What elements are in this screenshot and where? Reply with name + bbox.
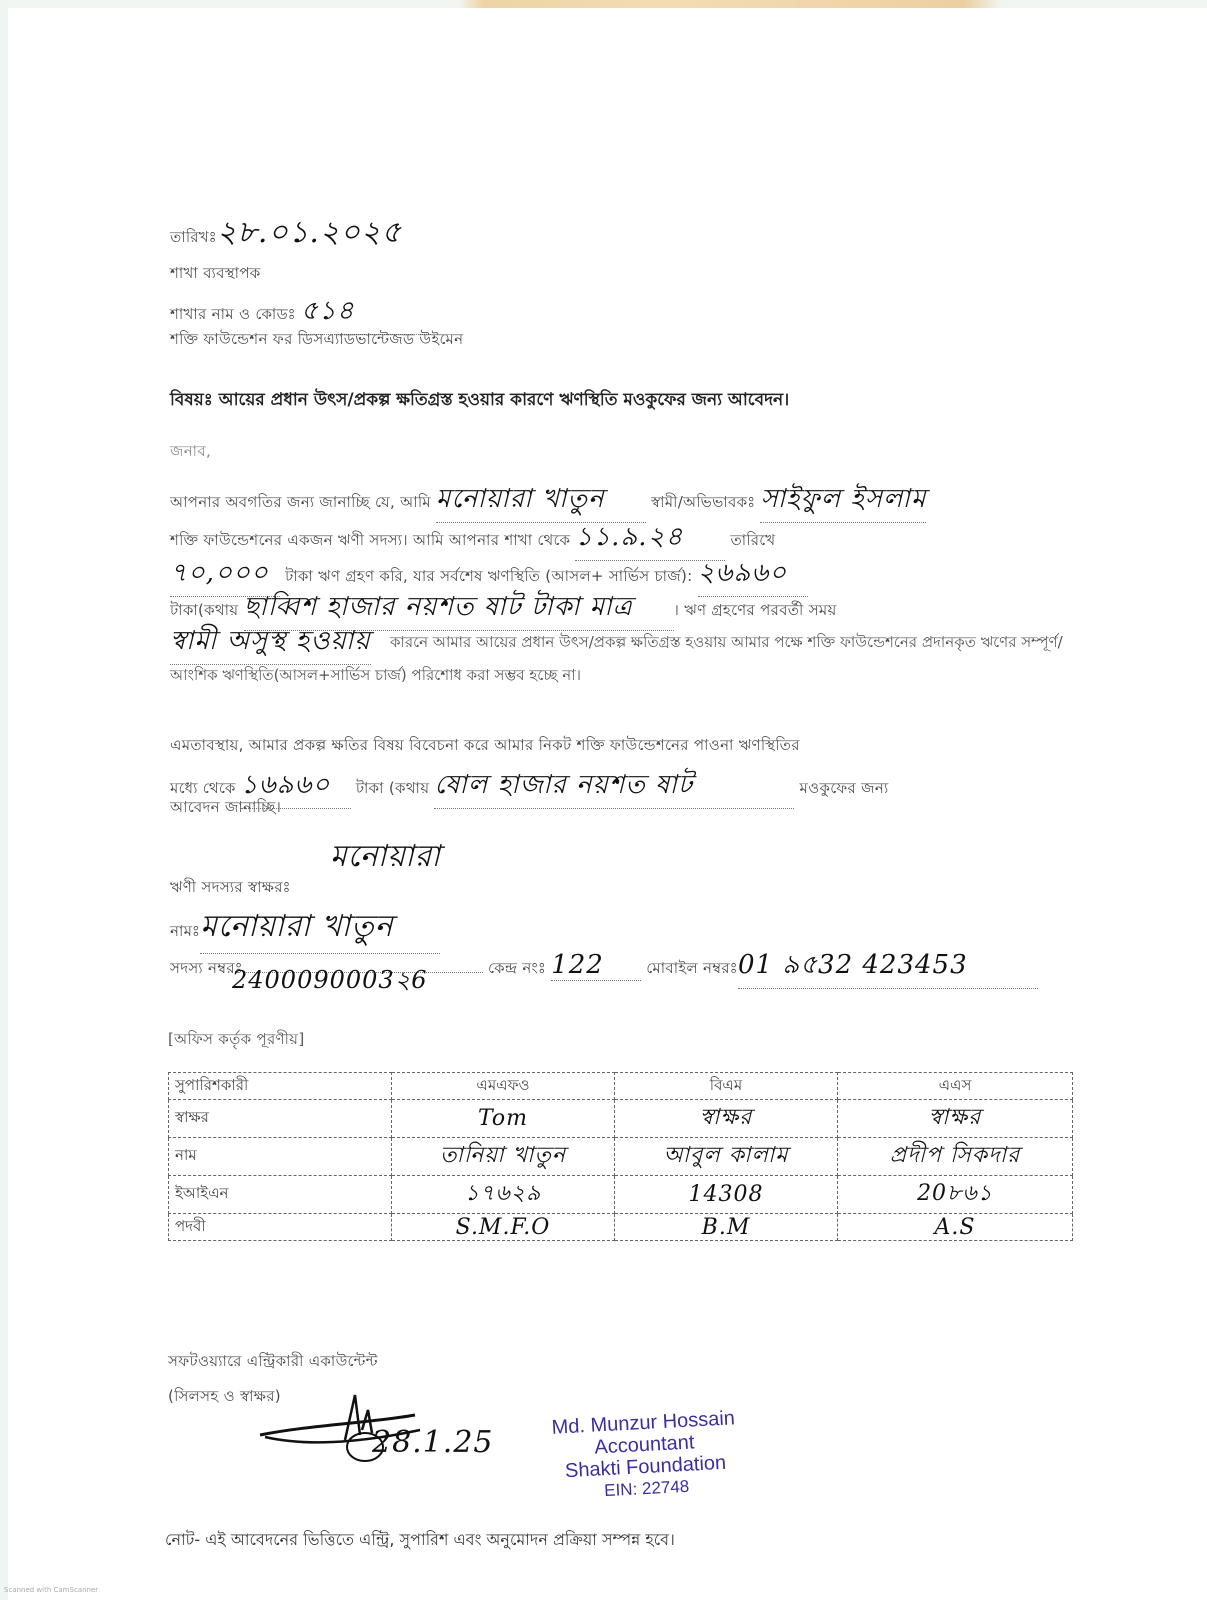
date-line: তারিখঃ২৮.০১.২০২৫ xyxy=(170,208,402,259)
bm-name: আবুল কালাম xyxy=(663,1143,788,1168)
organization-name: শক্তি ফাউন্ডেশন ফর ডিসএ্যাডভান্টেজড উইমে… xyxy=(170,328,463,353)
recipient-line: শাখা ব্যবস্থাপক xyxy=(170,262,261,287)
scan-edge-shadow xyxy=(0,0,8,1600)
table-row: নাম তানিয়া খাতুন আবুল কালাম প্রদীপ সিকদ… xyxy=(169,1138,1073,1176)
mfo-signature: Tom xyxy=(478,1106,528,1131)
signature-label: ঋণী সদস্যর স্বাক্ষরঃ xyxy=(170,876,291,901)
date-value: ২৮.০১.২০২৫ xyxy=(217,215,402,250)
p2-suffix-text: মওকুফের জন্য xyxy=(800,779,889,797)
table-header-cell: এএস xyxy=(838,1073,1073,1100)
table-header-cell: বিএম xyxy=(615,1073,838,1100)
branch-label: শাখার নাম ও কোডঃ xyxy=(170,305,296,323)
bm-ein: 14308 xyxy=(689,1182,764,1207)
mobile-label: মোবাইল নম্বরঃ xyxy=(646,959,738,977)
table-header-cell: এমএফও xyxy=(392,1073,615,1100)
table-row: ইআইএন ১৭৬২৯ 14308 20৮৬১ xyxy=(169,1176,1073,1214)
guardian-label: স্বামী/অভিভাবকঃ xyxy=(651,493,755,511)
waiver-words-field: ষোল হাজার নয়শত ষাট xyxy=(434,764,794,809)
bm-signature: স্বাক্ষর xyxy=(700,1105,753,1130)
table-header-cell: সুপারিশকারী xyxy=(169,1073,392,1100)
accountant-label: সফটওয়্যারে এন্ট্রিকারী একাউন্টেন্ট xyxy=(168,1350,378,1375)
p1-cause-text: কারনে আমার আয়ের প্রধান উৎস/প্রকল্প ক্ষত… xyxy=(170,626,1070,692)
table-header-row: সুপারিশকারী এমএফও বিএম এএস xyxy=(169,1073,1073,1100)
mfo-name: তানিয়া খাতুন xyxy=(440,1143,566,1168)
p1-loan-text: টাকা ঋণ গ্রহণ করি, যার সর্বশেষ ঋণস্থিতি … xyxy=(285,567,692,585)
p1-intro-text: আপনার অবগতির জন্য জানাচ্ছি যে, আমি xyxy=(170,493,431,511)
as-signature: স্বাক্ষর xyxy=(929,1105,982,1130)
center-label: কেন্দ্র নংঃ xyxy=(488,959,546,977)
mobile-value: 01 ৯৫32 423453 xyxy=(738,944,1038,989)
name-label: নামঃ xyxy=(170,922,200,940)
salutation: জনাব, xyxy=(170,440,211,465)
accountant-sign-date: 28.1.25 xyxy=(372,1425,494,1460)
row-label: পদবী xyxy=(169,1214,392,1241)
subject-line: বিষয়ঃ আয়ের প্রধান উৎস/প্রকল্প ক্ষতিগ্র… xyxy=(170,387,789,415)
words-label: টাকা(কথায় xyxy=(170,601,238,619)
p2-line1: এমতাবস্থায়, আমার প্রকল্প ক্ষতির বিষয় ব… xyxy=(170,734,800,759)
guardian-name-field: সাইফুল ইসলাম xyxy=(760,478,926,523)
p2-line3: আবেদন জানাচ্ছি। xyxy=(170,796,281,821)
p2-from-text: মধ্যে থেকে xyxy=(170,779,236,797)
row-label: নাম xyxy=(169,1138,392,1176)
p2-taka-text: টাকা (কথায় xyxy=(356,779,429,797)
date-label: তারিখঃ xyxy=(170,228,217,246)
footer-note: নোট- এই আবেদনের ভিত্তিতে এন্ট্রি, সুপারি… xyxy=(165,1527,675,1554)
scan-edge-strip xyxy=(0,0,1207,8)
date-suffix-text: তারিখে xyxy=(731,531,776,549)
table-row: স্বাক্ষর Tom স্বাক্ষর স্বাক্ষর xyxy=(169,1100,1073,1138)
center-value: 122 xyxy=(551,950,641,981)
table-row: পদবী S.M.F.O B.M A.S xyxy=(169,1214,1073,1241)
applicant-signature: মনোয়ারা xyxy=(330,832,441,883)
recommendation-table: সুপারিশকারী এমএফও বিএম এএস স্বাক্ষর Tom … xyxy=(168,1072,1073,1241)
office-heading: [অফিস কর্তৃক পূরণীয়] xyxy=(168,1028,304,1053)
mfo-ein: ১৭৬২৯ xyxy=(465,1181,541,1206)
bm-designation: B.M xyxy=(702,1215,751,1240)
p1-after-text: । ঋণ গ্রহণের পরবর্তী সময় xyxy=(674,601,837,619)
as-designation: A.S xyxy=(935,1215,976,1240)
accountant-stamp: Md. Munzur Hossain Accountant Shakti Fou… xyxy=(538,1407,752,1506)
member-no-value: 2400090003২6 xyxy=(232,962,428,1002)
as-ein: 20৮৬১ xyxy=(917,1181,993,1206)
row-label: ইআইএন xyxy=(169,1176,392,1214)
mfo-designation: S.M.F.O xyxy=(456,1215,551,1240)
as-name: প্রদীপ সিকদার xyxy=(890,1143,1020,1168)
p1-member-text: শক্তি ফাউন্ডেশনের একজন ঋণী সদস্য। আমি আপ… xyxy=(170,531,570,549)
scanner-watermark: Scanned with CamScanner xyxy=(4,1586,98,1594)
row-label: স্বাক্ষর xyxy=(169,1100,392,1138)
